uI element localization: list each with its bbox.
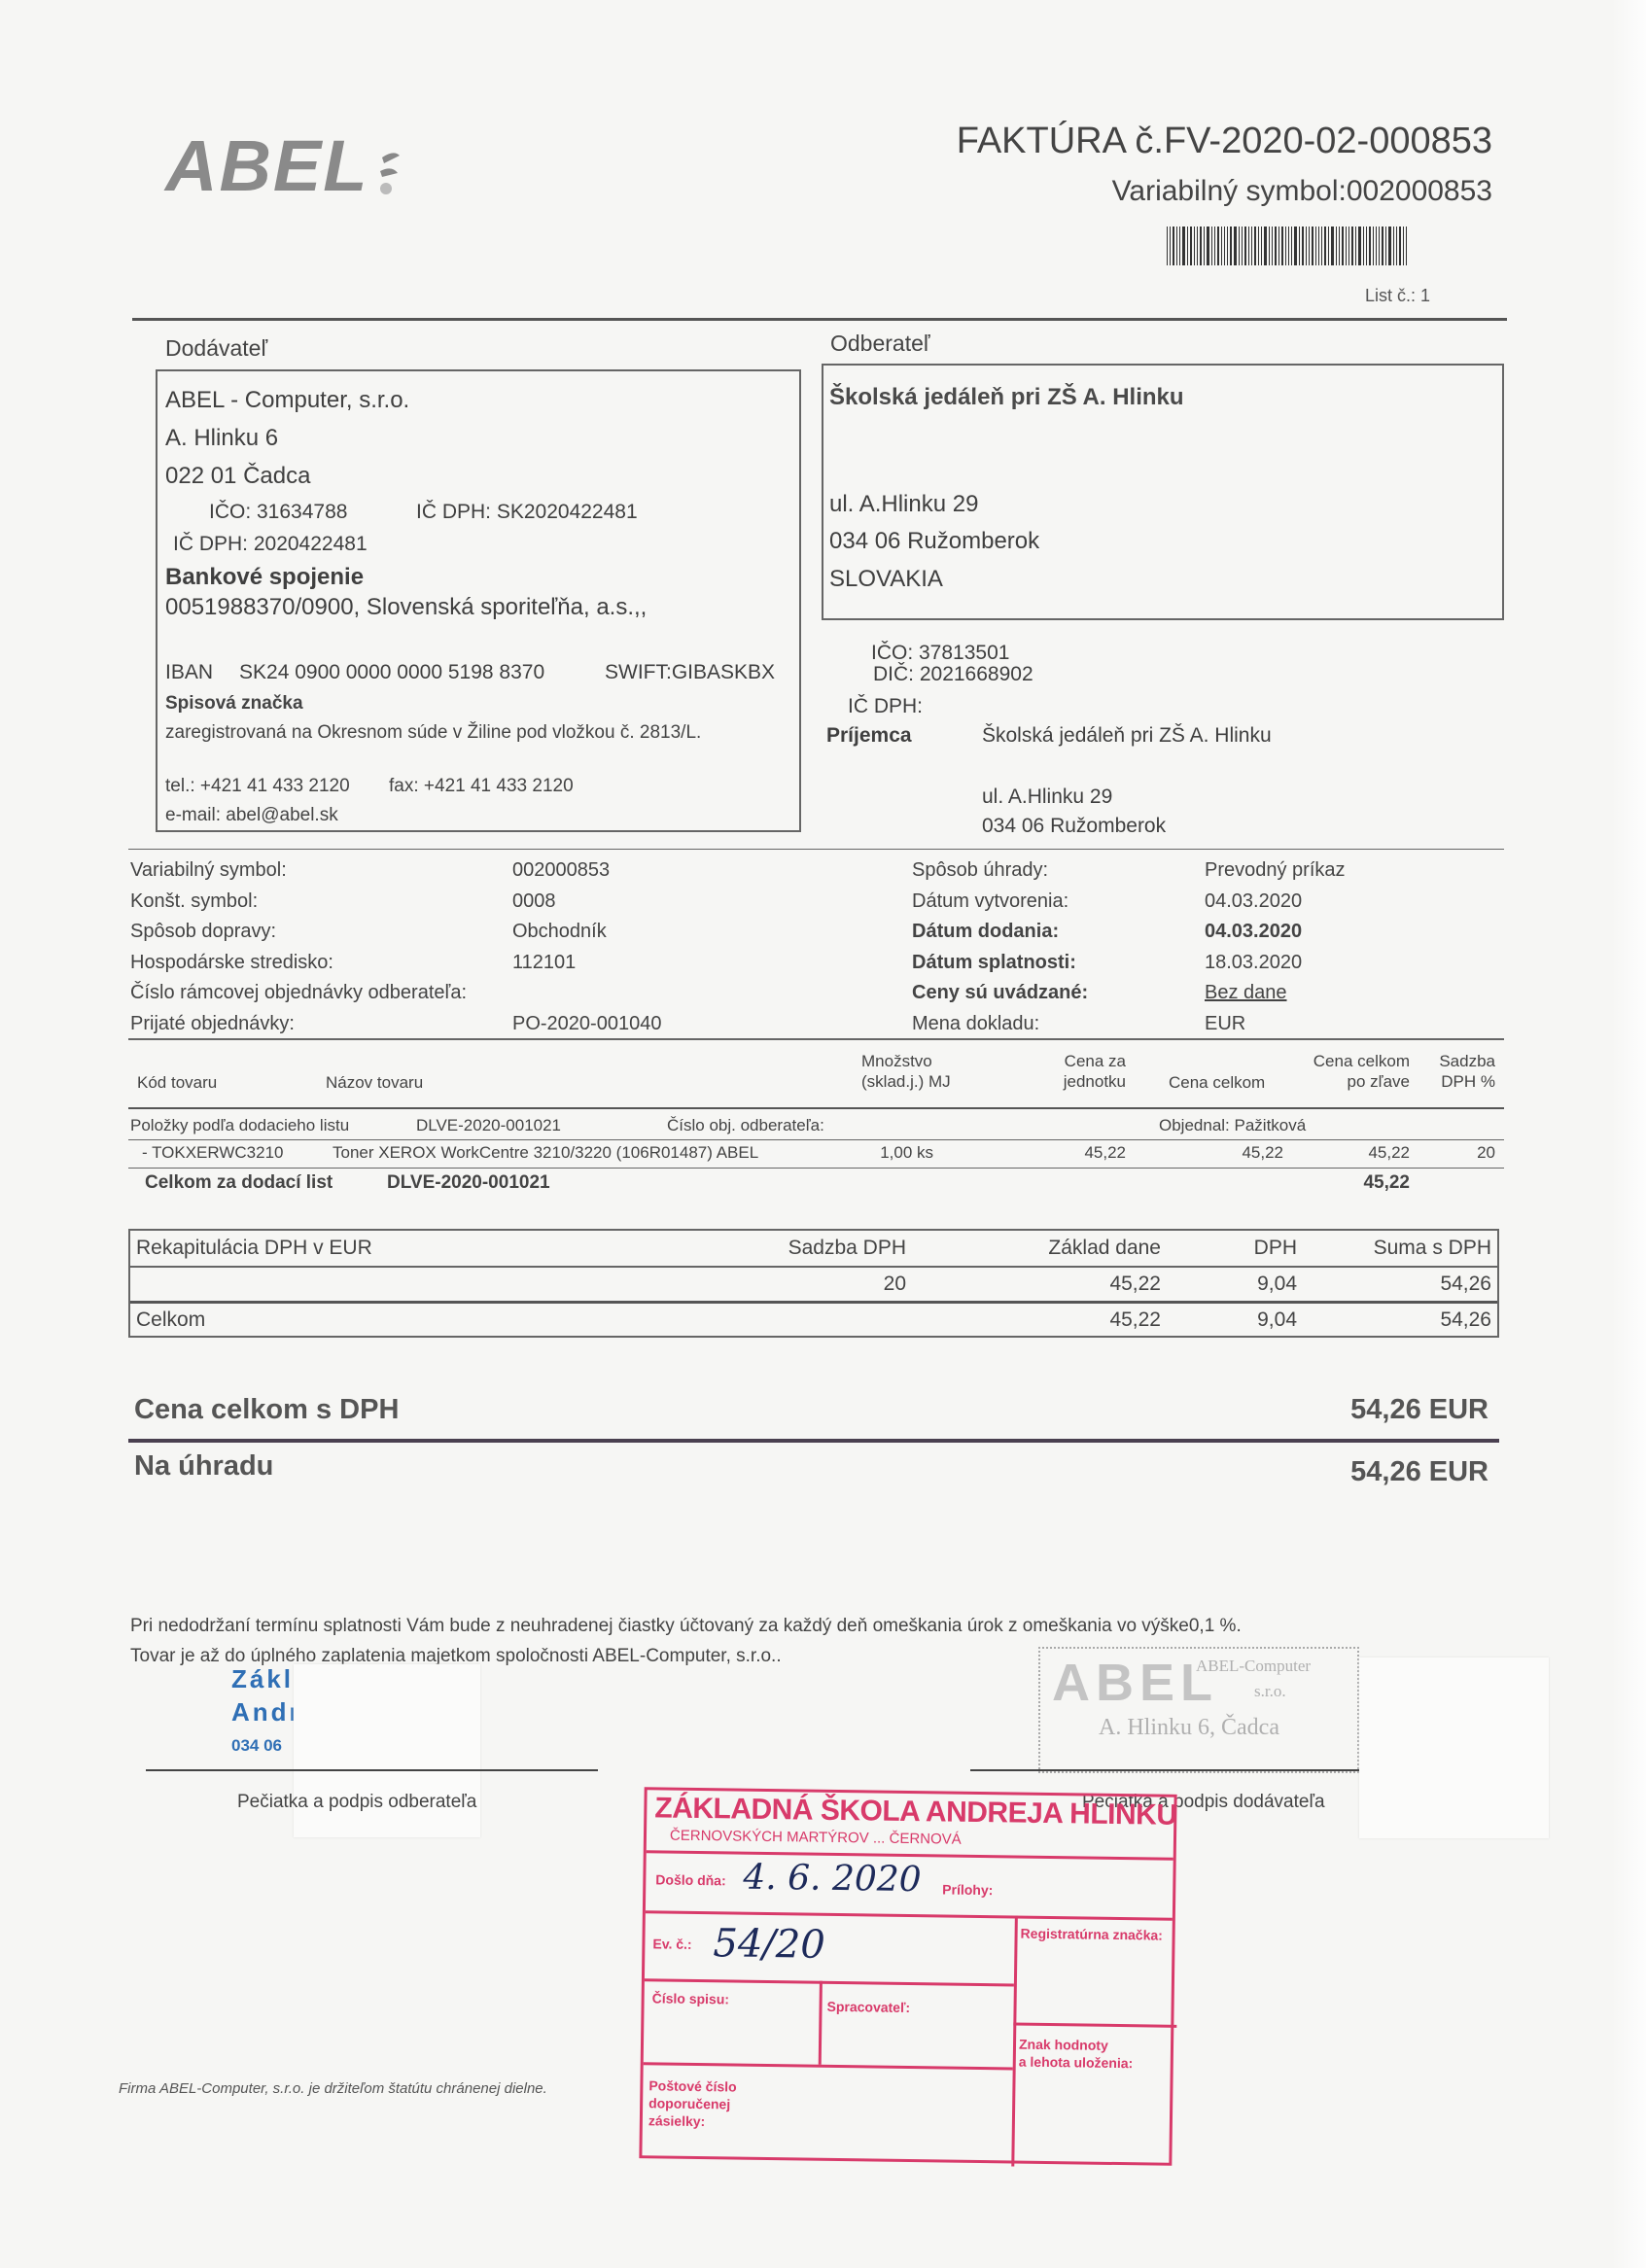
item-total: 45,22: [1167, 1143, 1283, 1163]
divider: [132, 318, 1507, 321]
header-variable-symbol: Variabilný symbol:002000853: [1112, 175, 1492, 208]
bank-account: 0051988370/0900, Slovenská sporiteľňa, a…: [165, 594, 647, 621]
barcode: [1167, 227, 1499, 265]
vat-row-sum: 54,26: [1336, 1273, 1491, 1296]
info-value: Obchodník: [512, 921, 607, 943]
registration-stamp: ZÁKLADNÁ ŠKOLA ANDREJA HLINKU ČERNOVSKÝC…: [639, 1787, 1176, 2166]
ordered-by: Objednal: Pažitková: [1159, 1116, 1306, 1135]
info-label: Mena dokladu:: [912, 1013, 1039, 1035]
total-with-vat-label: Cena celkom s DPH: [134, 1394, 399, 1426]
supplier-heading: Dodávateľ: [165, 335, 267, 362]
info-value: 002000853: [512, 859, 610, 882]
postal-label-1: Poštové číslo: [648, 2077, 736, 2095]
info-value: 18.03.2020: [1205, 952, 1302, 974]
item-code: - TOKXERWC3210: [142, 1143, 284, 1163]
col-code: Kód tovaru: [137, 1072, 217, 1093]
divider: [128, 1038, 1504, 1040]
customer-street: ul. A.Hlinku 29: [829, 491, 978, 518]
group-delivery-note[interactable]: DLVE-2020-001021: [416, 1116, 561, 1135]
amount-due-label: Na úhradu: [134, 1450, 273, 1483]
value-label-1: Znak hodnoty: [1019, 2037, 1108, 2054]
reg-stamp-title: ZÁKLADNÁ ŠKOLA ANDREJA HLINKU: [654, 1792, 1177, 1832]
iban-value: SK24 0900 0000 0000 5198 8370: [239, 661, 544, 684]
item-after-discount: 45,22: [1293, 1143, 1410, 1163]
supplier-tel: tel.: +421 41 433 2120: [165, 776, 350, 797]
info-label: Spôsob úhrady:: [912, 859, 1048, 882]
info-value: 04.03.2020: [1205, 890, 1302, 913]
info-label: Dátum splatnosti:: [912, 952, 1076, 974]
bank-heading: Bankové spojenie: [165, 564, 364, 591]
recipient-street: ul. A.Hlinku 29: [982, 785, 1112, 809]
col-name: Názov tovaru: [326, 1072, 423, 1093]
customer-dic: DIČ: 2021668902: [873, 663, 1033, 686]
logo-swoosh-icon: [374, 146, 403, 200]
col-qty-2: (sklad.j.) MJ: [861, 1071, 951, 1092]
received-label: Došlo dňa:: [655, 1871, 726, 1889]
vat-total-vat: 9,04: [1200, 1308, 1297, 1332]
value-label-2: a lehota uloženia:: [1019, 2054, 1134, 2073]
supplier-ic-dph: IČ DPH: SK2020422481: [416, 501, 638, 524]
attachments-label: Prílohy:: [942, 1881, 993, 1899]
info-label: Konšt. symbol:: [130, 890, 258, 913]
customer-ic-dph: IČ DPH:: [848, 695, 923, 718]
total-with-vat-value: 54,26 EUR: [1350, 1394, 1488, 1426]
supplier-stamp-logo: ABEL: [1052, 1653, 1218, 1713]
info-value: 0008: [512, 890, 556, 913]
col-total: Cena celkom: [1169, 1072, 1265, 1093]
recipient-city: 034 06 Ružomberok: [982, 815, 1166, 838]
group-customer-order: Číslo obj. odberateľa:: [667, 1116, 824, 1135]
col-qty-1: Množstvo: [861, 1051, 932, 1071]
amount-due-value: 54,26 EUR: [1350, 1456, 1488, 1488]
divider: [128, 1439, 1499, 1443]
sheet-number: List č.: 1: [1365, 286, 1430, 306]
customer-name: Školská jedáleň pri ZŠ A. Hlinku: [829, 384, 1184, 411]
ev-label: Ev. č.:: [652, 1936, 691, 1953]
info-label: Hospodárske stredisko:: [130, 952, 333, 974]
item-vat-rate: 20: [1419, 1143, 1495, 1163]
info-label: Prijaté objednávky:: [130, 1013, 295, 1035]
divider: [128, 1168, 1504, 1169]
divider: [130, 1301, 1497, 1304]
supplier-signature-line: [970, 1769, 1359, 1771]
vat-row-base: 45,22: [986, 1273, 1161, 1296]
vat-col-sum: Suma s DPH: [1336, 1237, 1491, 1260]
info-value: Bez dane: [1205, 982, 1287, 1004]
vat-col-base: Základ dane: [986, 1237, 1161, 1260]
customer-city: 034 06 Ružomberok: [829, 528, 1039, 555]
col-unit-price-2: jednotku: [1050, 1071, 1126, 1092]
col-vat-rate-1: Sadzba: [1419, 1051, 1495, 1071]
ev-number: 54/20: [713, 1921, 825, 1968]
supplier-email[interactable]: e-mail: abel@abel.sk: [165, 805, 338, 826]
item-qty: 1,00 ks: [856, 1143, 933, 1163]
info-value: 112101: [512, 952, 576, 974]
supplier-stamp-line-2: s.r.o.: [1254, 1682, 1286, 1701]
info-label: Dátum dodania:: [912, 921, 1059, 943]
info-label: Variabilný symbol:: [130, 859, 287, 882]
iban-label: IBAN: [165, 661, 213, 684]
supplier-stamp: ABEL ABEL-Computer s.r.o. A. Hlinku 6, Č…: [1038, 1647, 1359, 1773]
info-value: Prevodný príkaz: [1205, 859, 1346, 882]
postal-label-2: doporučenej: [648, 2095, 730, 2112]
customer-signature-label: Pečiatka a podpis odberateľa: [237, 1792, 476, 1813]
info-value: EUR: [1205, 1013, 1245, 1035]
divider: [130, 1266, 1497, 1268]
info-label: Spôsob dopravy:: [130, 921, 276, 943]
item-name: Toner XEROX WorkCentre 3210/3220 (106R01…: [333, 1143, 758, 1163]
vat-row-vat: 9,04: [1200, 1273, 1297, 1296]
vat-summary-table: Rekapitulácia DPH v EUR Sadzba DPH Zákla…: [128, 1229, 1499, 1338]
col-after-discount-2: po zľave: [1293, 1071, 1410, 1092]
subtotal-label: Celkom za dodací list: [145, 1172, 333, 1194]
invoice-title: FAKTÚRA č.FV-2020-02-000853: [957, 121, 1492, 162]
abel-logo: ABEL: [165, 124, 368, 207]
vat-total-sum: 54,26: [1336, 1308, 1491, 1332]
divider: [128, 1107, 1504, 1109]
registry-label: Registratúrna značka:: [1021, 1926, 1164, 1944]
received-date: 4. 6. 2020: [743, 1858, 922, 1901]
reg-text: zaregistrovaná na Okresnom súde v Žiline…: [165, 722, 701, 744]
supplier-fax: fax: +421 41 433 2120: [389, 776, 574, 797]
late-payment-note: Pri nedodržaní termínu splatnosti Vám bu…: [130, 1616, 1242, 1637]
item-unit-price: 45,22: [1050, 1143, 1126, 1163]
col-vat-rate-2: DPH %: [1419, 1071, 1495, 1092]
subtotal-note: DLVE-2020-001021: [387, 1172, 550, 1194]
customer-stamp-line-3: 034 06: [231, 1736, 282, 1756]
customer-heading: Odberateľ: [830, 331, 930, 357]
supplier-name: ABEL - Computer, s.r.o.: [165, 387, 409, 414]
supplier-stamp-line-3: A. Hlinku 6, Čadca: [1099, 1715, 1279, 1741]
file-no-label: Číslo spisu:: [652, 1990, 730, 2007]
scan-edge: [1611, 0, 1646, 2268]
col-after-discount-1: Cena celkom: [1293, 1051, 1410, 1071]
group-label: Položky podľa dodacieho listu: [130, 1116, 349, 1135]
vat-row-rate: 20: [753, 1273, 906, 1296]
vat-col-title: Rekapitulácia DPH v EUR: [136, 1237, 372, 1260]
supplier-ico: IČO: 31634788: [209, 501, 347, 524]
vat-total-label: Celkom: [136, 1308, 205, 1332]
supplier-street: A. Hlinku 6: [165, 425, 278, 452]
divider: [128, 1139, 1504, 1140]
divider: [128, 849, 1504, 850]
recipient-label: Príjemca: [826, 724, 912, 748]
supplier-city: 022 01 Čadca: [165, 463, 310, 490]
swift: SWIFT:GIBASKBX: [605, 661, 775, 684]
processor-label: Spracovateľ:: [826, 1999, 910, 2016]
recipient-name: Školská jedáleň pri ZŠ A. Hlinku: [982, 724, 1272, 748]
reg-stamp-subtitle: ČERNOVSKÝCH MARTÝROV ... ČERNOVÁ: [670, 1828, 962, 1848]
info-label: Číslo rámcovej objednávky odberateľa:: [130, 982, 467, 1004]
col-unit-price-1: Cena za: [1058, 1051, 1126, 1071]
customer-signature-line: [146, 1769, 598, 1771]
supplier-dic: IČ DPH: 2020422481: [173, 533, 368, 556]
subtotal-value: 45,22: [1293, 1172, 1410, 1194]
reg-heading: Spisová značka: [165, 693, 303, 715]
info-label: Ceny sú uvádzané:: [912, 982, 1088, 1004]
supplier-stamp-line-1: ABEL-Computer: [1196, 1657, 1311, 1676]
customer-country: SLOVAKIA: [829, 566, 943, 593]
info-value: PO-2020-001040: [512, 1013, 661, 1035]
info-value: 04.03.2020: [1205, 921, 1302, 943]
vat-total-base: 45,22: [986, 1308, 1161, 1332]
sheltered-workshop-note: Firma ABEL-Computer, s.r.o. je držiteľom…: [119, 2080, 547, 2097]
customer-ico: IČO: 37813501: [871, 642, 1009, 665]
vat-col-vat: DPH: [1200, 1237, 1297, 1260]
postal-label-3: zásielky:: [648, 2112, 706, 2130]
paper-patch: [1359, 1657, 1549, 1838]
info-label: Dátum vytvorenia:: [912, 890, 1068, 913]
vat-col-rate: Sadzba DPH: [753, 1237, 906, 1260]
